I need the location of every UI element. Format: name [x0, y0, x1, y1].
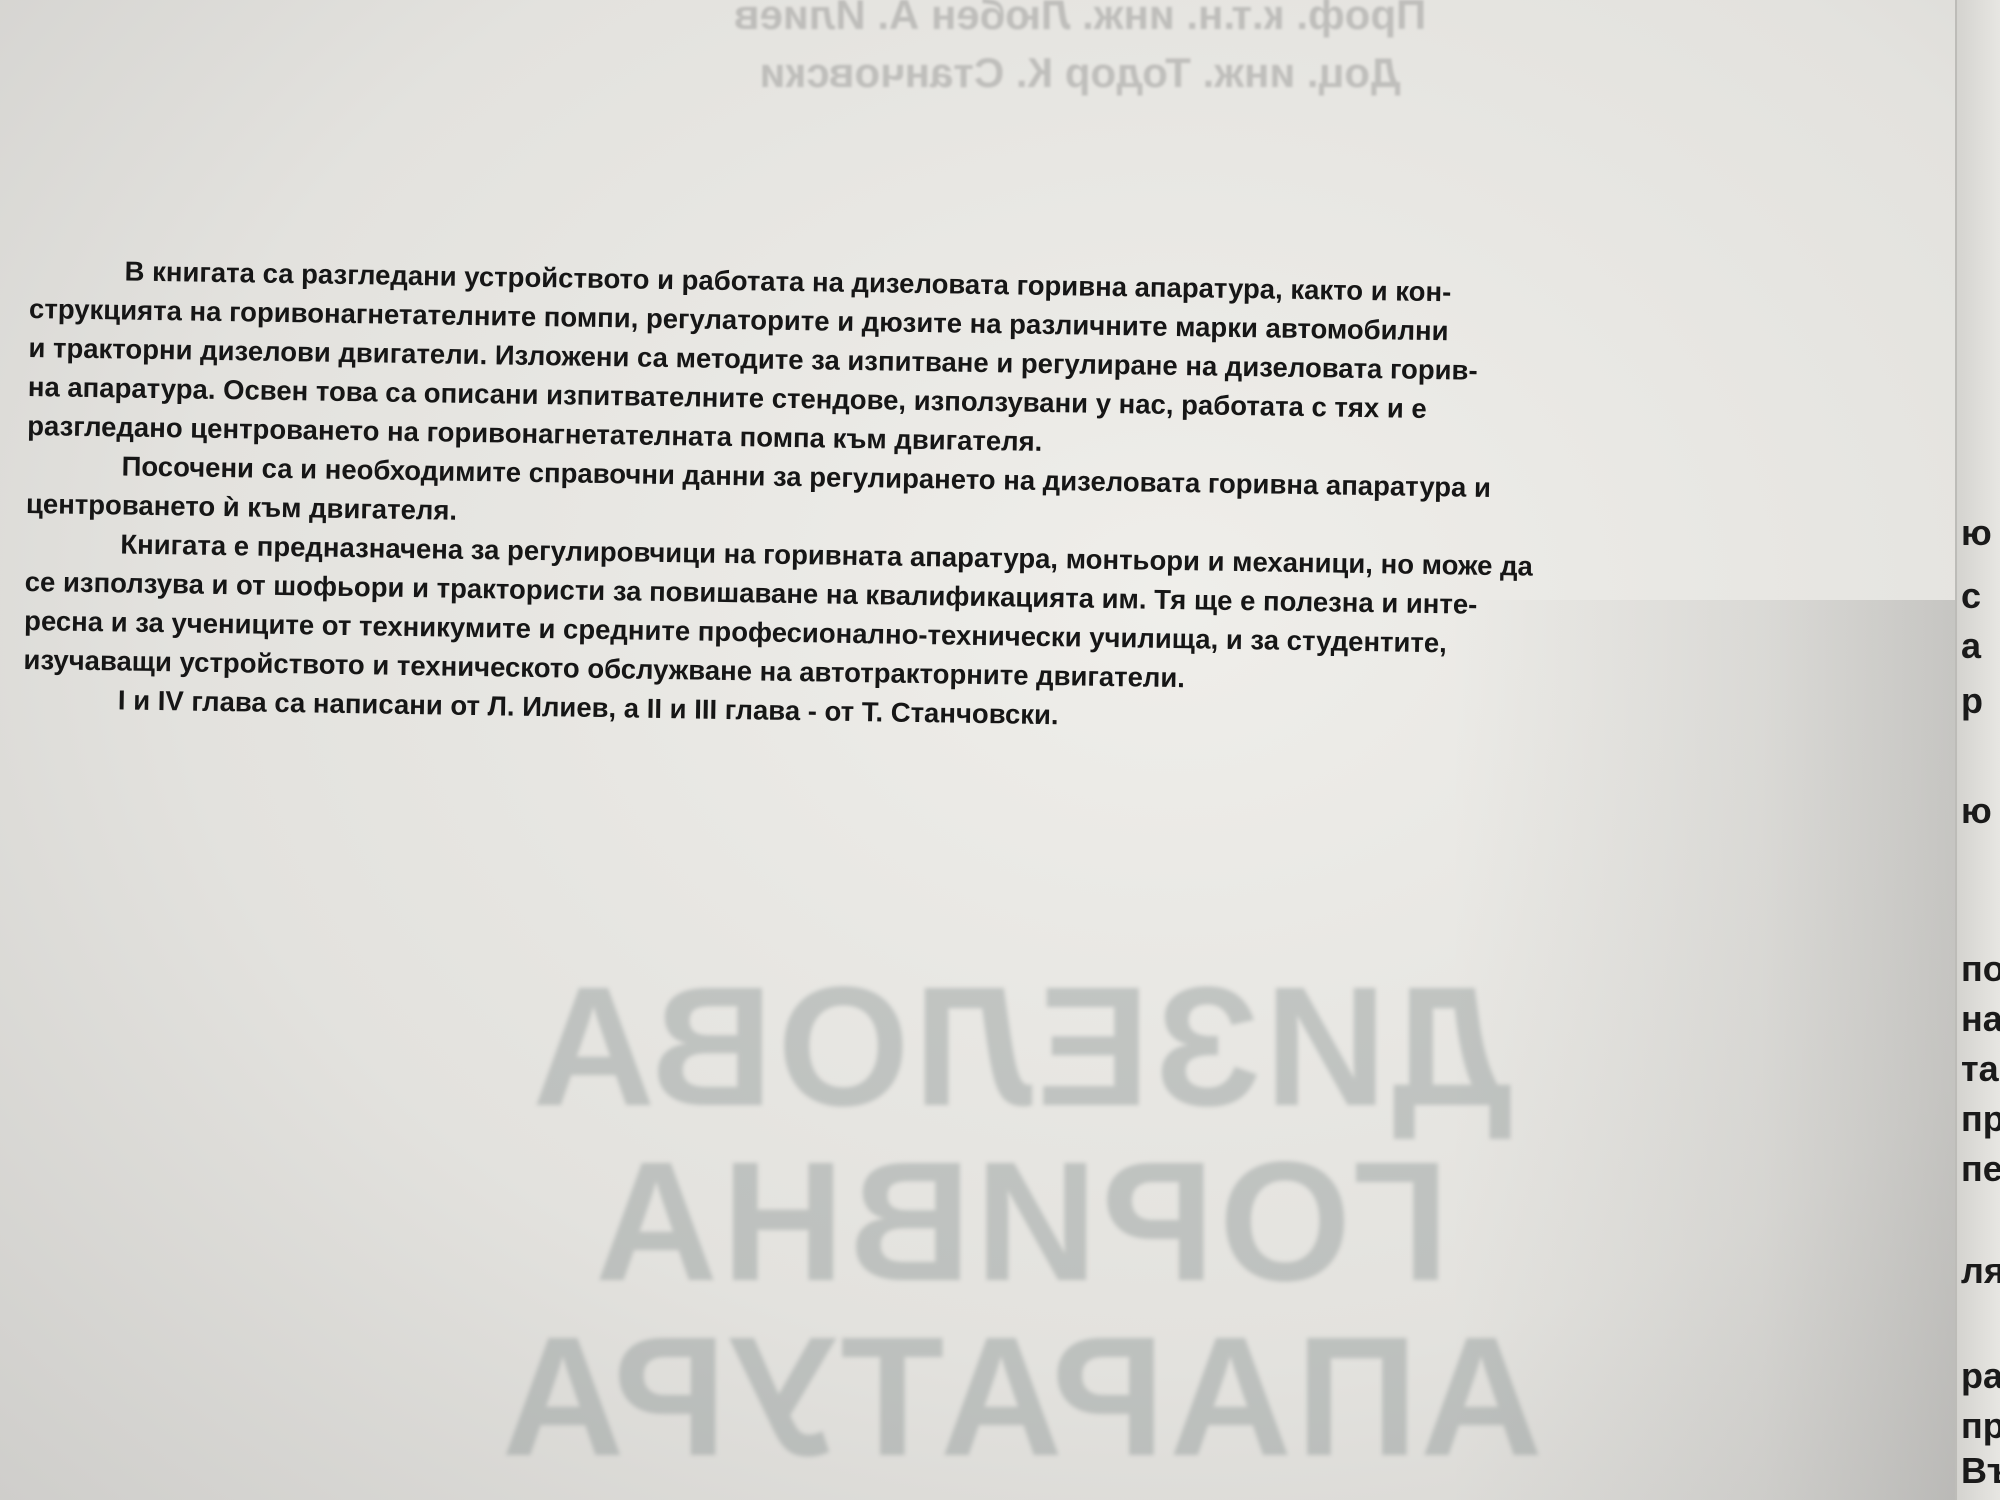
- adjacent-fragment: по: [1961, 948, 2000, 990]
- adjacent-fragment: а: [1961, 625, 1981, 667]
- book-page: Проф. к.т.н. инж. Любен А. Илиев Доц. ин…: [0, 0, 1955, 1500]
- adjacent-fragment: на: [1961, 998, 2000, 1040]
- adjacent-fragment: ра: [1961, 1355, 2000, 1397]
- show-through-title-line-3: АПАРАТУРА: [470, 1310, 1570, 1485]
- show-through-author-2: Доц. инж. Тодор К. Станчовски: [680, 44, 1480, 102]
- preface-text: В книгата са разгледани устройството и р…: [23, 250, 1960, 748]
- show-through-title-line-1: ДИЗЕЛОВА: [470, 960, 1570, 1135]
- adjacent-fragment: про: [1961, 1405, 2000, 1447]
- paragraph-1: В книгата са разгледани устройството и р…: [27, 250, 1960, 475]
- adjacent-fragment: р: [1961, 680, 1983, 722]
- show-through-title-line-2: ГОРИВНА: [470, 1135, 1570, 1310]
- adjacent-fragment: с: [1961, 575, 1981, 617]
- adjacent-fragment: ля: [1961, 1250, 2000, 1292]
- adjacent-fragment: пе: [1961, 1148, 2000, 1190]
- show-through-author-1: Проф. к.т.н. инж. Любен А. Илиев: [680, 0, 1480, 44]
- show-through-title: ДИЗЕЛОВА ГОРИВНА АПАРАТУРА: [470, 960, 1570, 1485]
- show-through-authors: Проф. к.т.н. инж. Любен А. Илиев Доц. ин…: [680, 0, 1480, 102]
- adjacent-fragment: та: [1961, 1048, 1999, 1090]
- adjacent-fragment: Въз: [1961, 1450, 2000, 1492]
- adjacent-fragment: про: [1961, 1098, 2000, 1140]
- adjacent-fragment: ю: [1961, 512, 1992, 554]
- adjacent-page-edge: ю с а р ю по на та про пе ля ра про Въз: [1955, 0, 2000, 1500]
- paragraph-3: Книгата е предназначена за регулировчици…: [23, 523, 1955, 709]
- adjacent-fragment: ю: [1961, 790, 1992, 832]
